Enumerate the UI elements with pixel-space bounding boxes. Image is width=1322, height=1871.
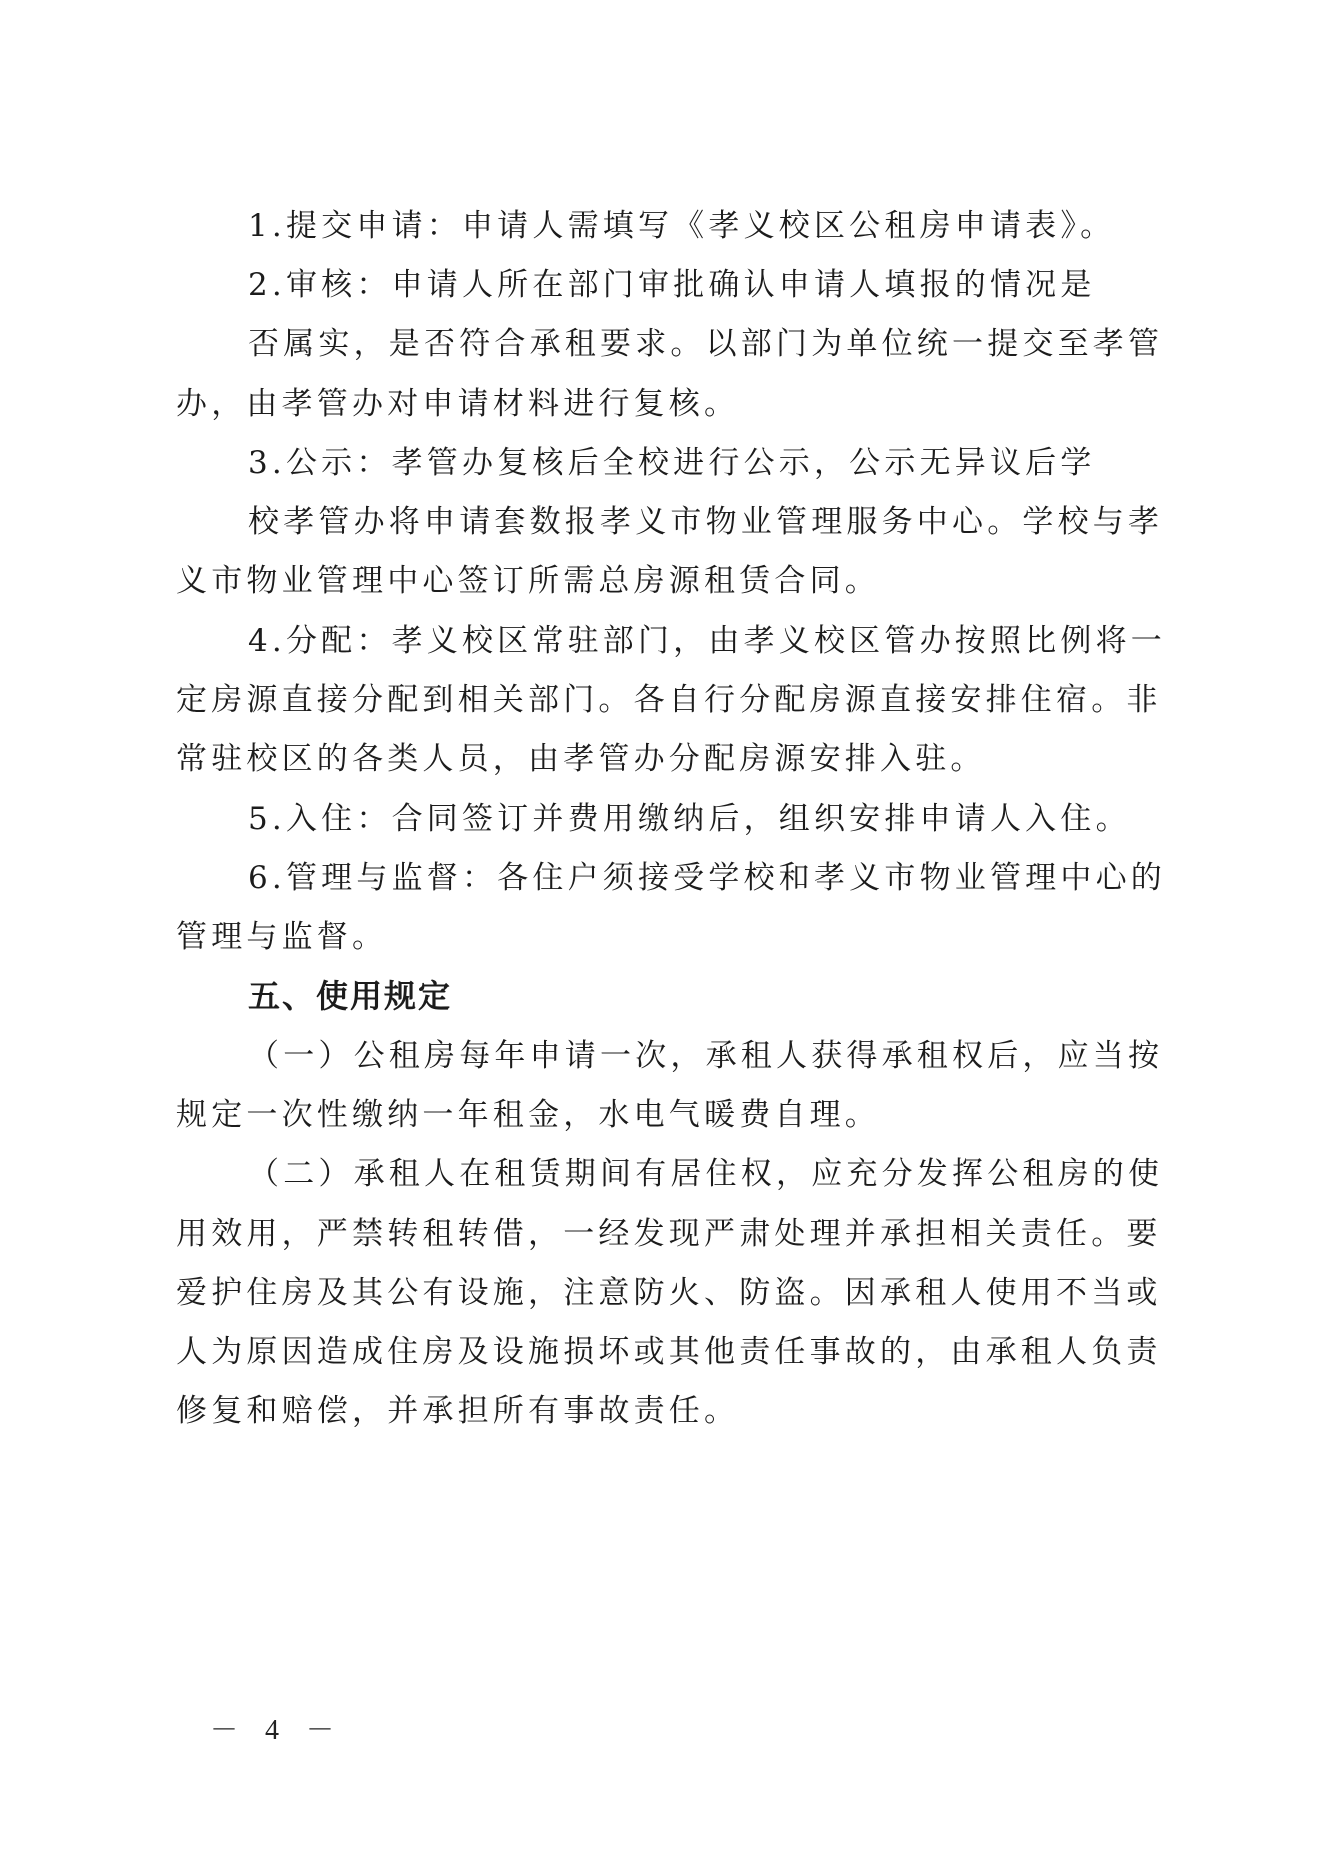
text-line-step-3-publicity: 3.公示：孝管办复核后全校进行公示，公示无异议后学 bbox=[248, 443, 1248, 483]
text-line-step-1-submit: 1.提交申请：申请人需填写《孝义校区公租房申请表》。 bbox=[248, 206, 1248, 246]
text-line-step-3-publicity-end: 义市物业管理中心签订所需总房源租赁合同。 bbox=[176, 561, 1176, 601]
document-page: 1.提交申请：申请人需填写《孝义校区公租房申请表》。 2.审核：申请人所在部门审… bbox=[0, 0, 1322, 1871]
text-line-step-2-review: 2.审核：申请人所在部门审批确认申请人填报的情况是 bbox=[248, 265, 1248, 305]
text-line-rule-2-cont-1: 用效用，严禁转租转借，一经发现严肃处理并承担相关责任。要 bbox=[176, 1214, 1176, 1254]
text-line-step-3-publicity-cont: 校孝管办将申请套数报孝义市物业管理服务中心。学校与孝 bbox=[248, 502, 1248, 542]
text-line-step-4-allocation-cont: 定房源直接分配到相关部门。各自行分配房源直接安排住宿。非 bbox=[176, 680, 1176, 720]
text-line-step-5-move-in: 5.入住：合同签订并费用缴纳后，组织安排申请人入住。 bbox=[248, 799, 1248, 839]
text-line-step-4-allocation: 4.分配：孝义校区常驻部门，由孝义校区管办按照比例将一 bbox=[248, 621, 1248, 661]
text-line-step-6-management: 6.管理与监督：各住户须接受学校和孝义市物业管理中心的 bbox=[248, 858, 1248, 898]
text-line-rule-2: （二）承租人在租赁期间有居住权，应充分发挥公租房的使 bbox=[248, 1154, 1248, 1194]
text-line-rule-2-cont-2: 爱护住房及其公有设施，注意防火、防盗。因承租人使用不当或 bbox=[176, 1273, 1176, 1313]
section-heading-usage-rules: 五、使用规定 bbox=[248, 976, 1248, 1016]
text-line-step-2-review-cont: 否属实，是否符合承租要求。以部门为单位统一提交至孝管 bbox=[248, 324, 1248, 364]
text-line-rule-2-end: 修复和赔偿，并承担所有事故责任。 bbox=[176, 1391, 1176, 1431]
text-line-step-4-allocation-end: 常驻校区的各类人员，由孝管办分配房源安排入驻。 bbox=[176, 739, 1176, 779]
text-line-step-6-management-end: 管理与监督。 bbox=[176, 917, 1176, 957]
text-line-rule-1-end: 规定一次性缴纳一年租金，水电气暖费自理。 bbox=[176, 1095, 1176, 1135]
text-line-rule-1: （一）公租房每年申请一次，承租人获得承租权后，应当按 bbox=[248, 1036, 1248, 1076]
text-line-step-2-review-end: 办，由孝管办对申请材料进行复核。 bbox=[176, 384, 1176, 424]
text-line-rule-2-cont-3: 人为原因造成住房及设施损坏或其他责任事故的，由承租人负责 bbox=[176, 1332, 1176, 1372]
page-number: － 4 － bbox=[210, 1708, 344, 1748]
